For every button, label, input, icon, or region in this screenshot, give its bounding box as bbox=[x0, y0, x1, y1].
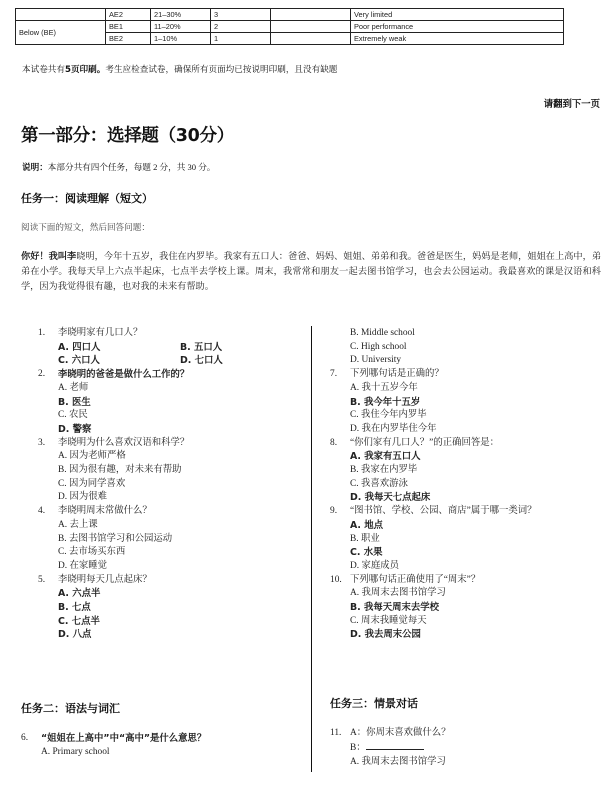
option-b[interactable]: B. 医生 bbox=[38, 396, 308, 410]
next-page-note: 请翻到下一页 bbox=[544, 96, 600, 110]
question-number: 5. bbox=[38, 574, 58, 588]
code-cell: AE2 bbox=[106, 9, 151, 21]
option-c[interactable]: C. 我住今年内罗毕 bbox=[330, 409, 605, 423]
score-cell: 1 bbox=[211, 33, 271, 45]
option-b[interactable]: B. 去图书馆学习和公园运动 bbox=[38, 533, 308, 547]
option-d[interactable]: D. 我在内罗毕住今年 bbox=[330, 423, 605, 437]
task1-heading: 任务一：阅读理解（短文） bbox=[21, 190, 153, 206]
option-b[interactable]: B. 我每天周末去学校 bbox=[330, 601, 605, 615]
questions-left-column: 1. 李晓明家有几口人？ A. 四口人 B. 五口人 C. 六口人 D. 七口人… bbox=[38, 327, 308, 642]
band-cell: Below (BE) bbox=[16, 21, 106, 45]
option-c[interactable]: C. 水果 bbox=[330, 546, 605, 560]
option-d[interactable]: D. 家庭成员 bbox=[330, 560, 605, 574]
option-a[interactable]: A. 我周末去图书馆学习 bbox=[330, 755, 451, 769]
code-cell: BE2 bbox=[106, 33, 151, 45]
option-b[interactable]: B. 七点 bbox=[38, 601, 308, 615]
column-divider bbox=[311, 326, 312, 772]
question-11-stem: 11. A：你周末喜欢做什么？ bbox=[330, 726, 451, 740]
question-number: 6. bbox=[21, 732, 41, 746]
question-text: 李晓明每天几点起床？ bbox=[58, 574, 152, 588]
blank-cell bbox=[271, 33, 351, 45]
option-row: A. 四口人 B. 五口人 bbox=[38, 341, 308, 355]
question-text: 李晓明为什么喜欢汉语和科学？ bbox=[58, 437, 189, 451]
question-5: 5. 李晓明每天几点起床？ bbox=[38, 574, 308, 588]
range-cell: 1–10% bbox=[151, 33, 211, 45]
question-2: 2. 李晓明的爸爸是做什么工作的？ bbox=[38, 368, 308, 382]
question-number: 3. bbox=[38, 437, 58, 451]
option-b[interactable]: B. 职业 bbox=[330, 533, 605, 547]
question-text: 李晓明家有几口人？ bbox=[58, 327, 142, 341]
option-b[interactable]: B. 因为很有趣，对未来有帮助 bbox=[38, 464, 308, 478]
read-instruction: 阅读下面的短文，然后回答问题： bbox=[21, 221, 150, 233]
passage-text: 晓明，今年十五岁，我住在内罗毕。我家有五口人：爸爸、妈妈、姐姐、弟弟和我。爸爸是… bbox=[21, 251, 601, 291]
question-number: 9. bbox=[330, 505, 350, 519]
question-number: 7. bbox=[330, 368, 350, 382]
question-number: 10. bbox=[330, 574, 350, 588]
option-a[interactable]: A. 我周末去图书馆学习 bbox=[330, 587, 605, 601]
question-number: 11. bbox=[330, 726, 350, 740]
notice-prefix: 本试卷共有 bbox=[22, 64, 65, 74]
question-number: 8. bbox=[330, 437, 350, 451]
question-4: 4. 李晓明周末常做什么？ bbox=[38, 505, 308, 519]
option-d[interactable]: D. 七口人 bbox=[180, 354, 302, 368]
question-text: 下列哪句话是正确的？ bbox=[350, 368, 444, 382]
notice-suffix: 考生应检查试卷，确保所有页面均已按说明印刷，且没有缺题 bbox=[105, 64, 337, 74]
code-cell: BE1 bbox=[106, 21, 151, 33]
table-row: Below (BE) BE1 11–20% 2 Poor performance bbox=[16, 21, 564, 33]
passage-bold: 你好！我叫李 bbox=[21, 251, 76, 262]
option-a[interactable]: A. Primary school bbox=[21, 746, 206, 760]
option-a[interactable]: A. 六点半 bbox=[38, 587, 308, 601]
question-6: 6. “姐姐在上高中”中“高中”是什么意思？ A. Primary school bbox=[21, 732, 206, 759]
option-row: C. 六口人 D. 七口人 bbox=[38, 354, 308, 368]
question-6-stem: 6. “姐姐在上高中”中“高中”是什么意思？ bbox=[21, 732, 206, 746]
option-c[interactable]: C. 农民 bbox=[38, 409, 308, 423]
option-a[interactable]: A. 去上课 bbox=[38, 519, 308, 533]
question-text: “姐姐在上高中”中“高中”是什么意思？ bbox=[41, 732, 206, 746]
blank-cell bbox=[271, 9, 351, 21]
band-cell bbox=[16, 9, 106, 21]
score-cell: 3 bbox=[211, 9, 271, 21]
option-a[interactable]: A. 因为老师严格 bbox=[38, 450, 308, 464]
answer-blank[interactable] bbox=[366, 740, 424, 750]
range-cell: 11–20% bbox=[151, 21, 211, 33]
question-text: 李晓明的爸爸是做什么工作的？ bbox=[58, 368, 189, 382]
option-c[interactable]: C. 因为同学喜欢 bbox=[38, 478, 308, 492]
dialogue-b-label: B： bbox=[350, 743, 366, 753]
question-number: 2. bbox=[38, 368, 58, 382]
question-1: 1. 李晓明家有几口人？ bbox=[38, 327, 308, 341]
task2-heading: 任务二：语法与词汇 bbox=[21, 700, 120, 716]
option-a[interactable]: A. 四口人 bbox=[58, 341, 180, 355]
notice-bold: 5页印刷。 bbox=[65, 65, 105, 75]
option-c[interactable]: C. 我喜欢游泳 bbox=[330, 478, 605, 492]
descriptor-cell: Extremely weak bbox=[351, 33, 564, 45]
option-b[interactable]: B. 我今年十五岁 bbox=[330, 396, 605, 410]
option-c[interactable]: C. 去市场买东西 bbox=[38, 546, 308, 560]
option-d[interactable]: D. 八点 bbox=[38, 628, 308, 642]
instructions-label: 说明： bbox=[22, 163, 48, 173]
question-text: “你们家有几口人？”的正确回答是： bbox=[350, 437, 499, 451]
option-a[interactable]: A. 我家有五口人 bbox=[330, 450, 605, 464]
option-c[interactable]: C. 七点半 bbox=[38, 615, 308, 629]
blank-cell bbox=[271, 21, 351, 33]
option-d[interactable]: D. 我每天七点起床 bbox=[330, 491, 605, 505]
task3-heading: 任务三：情景对话 bbox=[330, 695, 418, 711]
option-b[interactable]: B. 我家在内罗毕 bbox=[330, 464, 605, 478]
question-3: 3. 李晓明为什么喜欢汉语和科学？ bbox=[38, 437, 308, 451]
dialogue-line-b: B： bbox=[330, 740, 451, 755]
option-b[interactable]: B. 五口人 bbox=[180, 341, 302, 355]
question-text: 李晓明周末常做什么？ bbox=[58, 505, 152, 519]
option-d[interactable]: D. 因为很难 bbox=[38, 491, 308, 505]
option-d[interactable]: D. 我去周末公园 bbox=[330, 628, 605, 642]
question-text: “图书馆、学校、公园、商店”属于哪一类词？ bbox=[350, 505, 536, 519]
option-c[interactable]: C. 周末我睡觉每天 bbox=[330, 615, 605, 629]
table-row: AE2 21–30% 3 Very limited bbox=[16, 9, 564, 21]
option-c[interactable]: C. High school bbox=[330, 341, 605, 355]
option-d[interactable]: D. 在家睡觉 bbox=[38, 560, 308, 574]
instructions: 说明：本部分共有四个任务，每题 2 分，共 30 分。 bbox=[22, 161, 215, 173]
grade-table: AE2 21–30% 3 Very limited Below (BE) BE1… bbox=[15, 8, 564, 45]
question-number: 4. bbox=[38, 505, 58, 519]
range-cell: 21–30% bbox=[151, 9, 211, 21]
option-b[interactable]: B. Middle school bbox=[330, 327, 605, 341]
questions-right-column: B. Middle school C. High school D. Unive… bbox=[330, 327, 605, 642]
question-10: 10. 下列哪句话正确使用了“周末”？ bbox=[330, 574, 605, 588]
instructions-text: 本部分共有四个任务，每题 2 分，共 30 分。 bbox=[48, 162, 216, 172]
option-d[interactable]: D. University bbox=[330, 354, 605, 368]
dialogue-line-a: A：你周末喜欢做什么？ bbox=[350, 726, 451, 740]
question-number: 1. bbox=[38, 327, 58, 341]
question-9: 9. “图书馆、学校、公园、商店”属于哪一类词？ bbox=[330, 505, 605, 519]
option-d[interactable]: D. 警察 bbox=[38, 423, 308, 437]
question-text: 下列哪句话正确使用了“周末”？ bbox=[350, 574, 480, 588]
option-a[interactable]: A. 地点 bbox=[330, 519, 605, 533]
descriptor-cell: Very limited bbox=[351, 9, 564, 21]
question-11: 11. A：你周末喜欢做什么？ B： A. 我周末去图书馆学习 bbox=[330, 726, 451, 769]
part-title: 第一部分：选择题（30分） bbox=[21, 122, 234, 147]
question-7: 7. 下列哪句话是正确的？ bbox=[330, 368, 605, 382]
reading-passage: 你好！我叫李晓明，今年十五岁，我住在内罗毕。我家有五口人：爸爸、妈妈、姐姐、弟弟… bbox=[21, 249, 601, 294]
score-cell: 2 bbox=[211, 21, 271, 33]
option-a[interactable]: A. 老师 bbox=[38, 382, 308, 396]
question-8: 8. “你们家有几口人？”的正确回答是： bbox=[330, 437, 605, 451]
descriptor-cell: Poor performance bbox=[351, 21, 564, 33]
option-c[interactable]: C. 六口人 bbox=[58, 354, 180, 368]
option-a[interactable]: A. 我十五岁今年 bbox=[330, 382, 605, 396]
print-notice: 本试卷共有5页印刷。考生应检查试卷，确保所有页面均已按说明印刷，且没有缺题 bbox=[22, 63, 337, 75]
